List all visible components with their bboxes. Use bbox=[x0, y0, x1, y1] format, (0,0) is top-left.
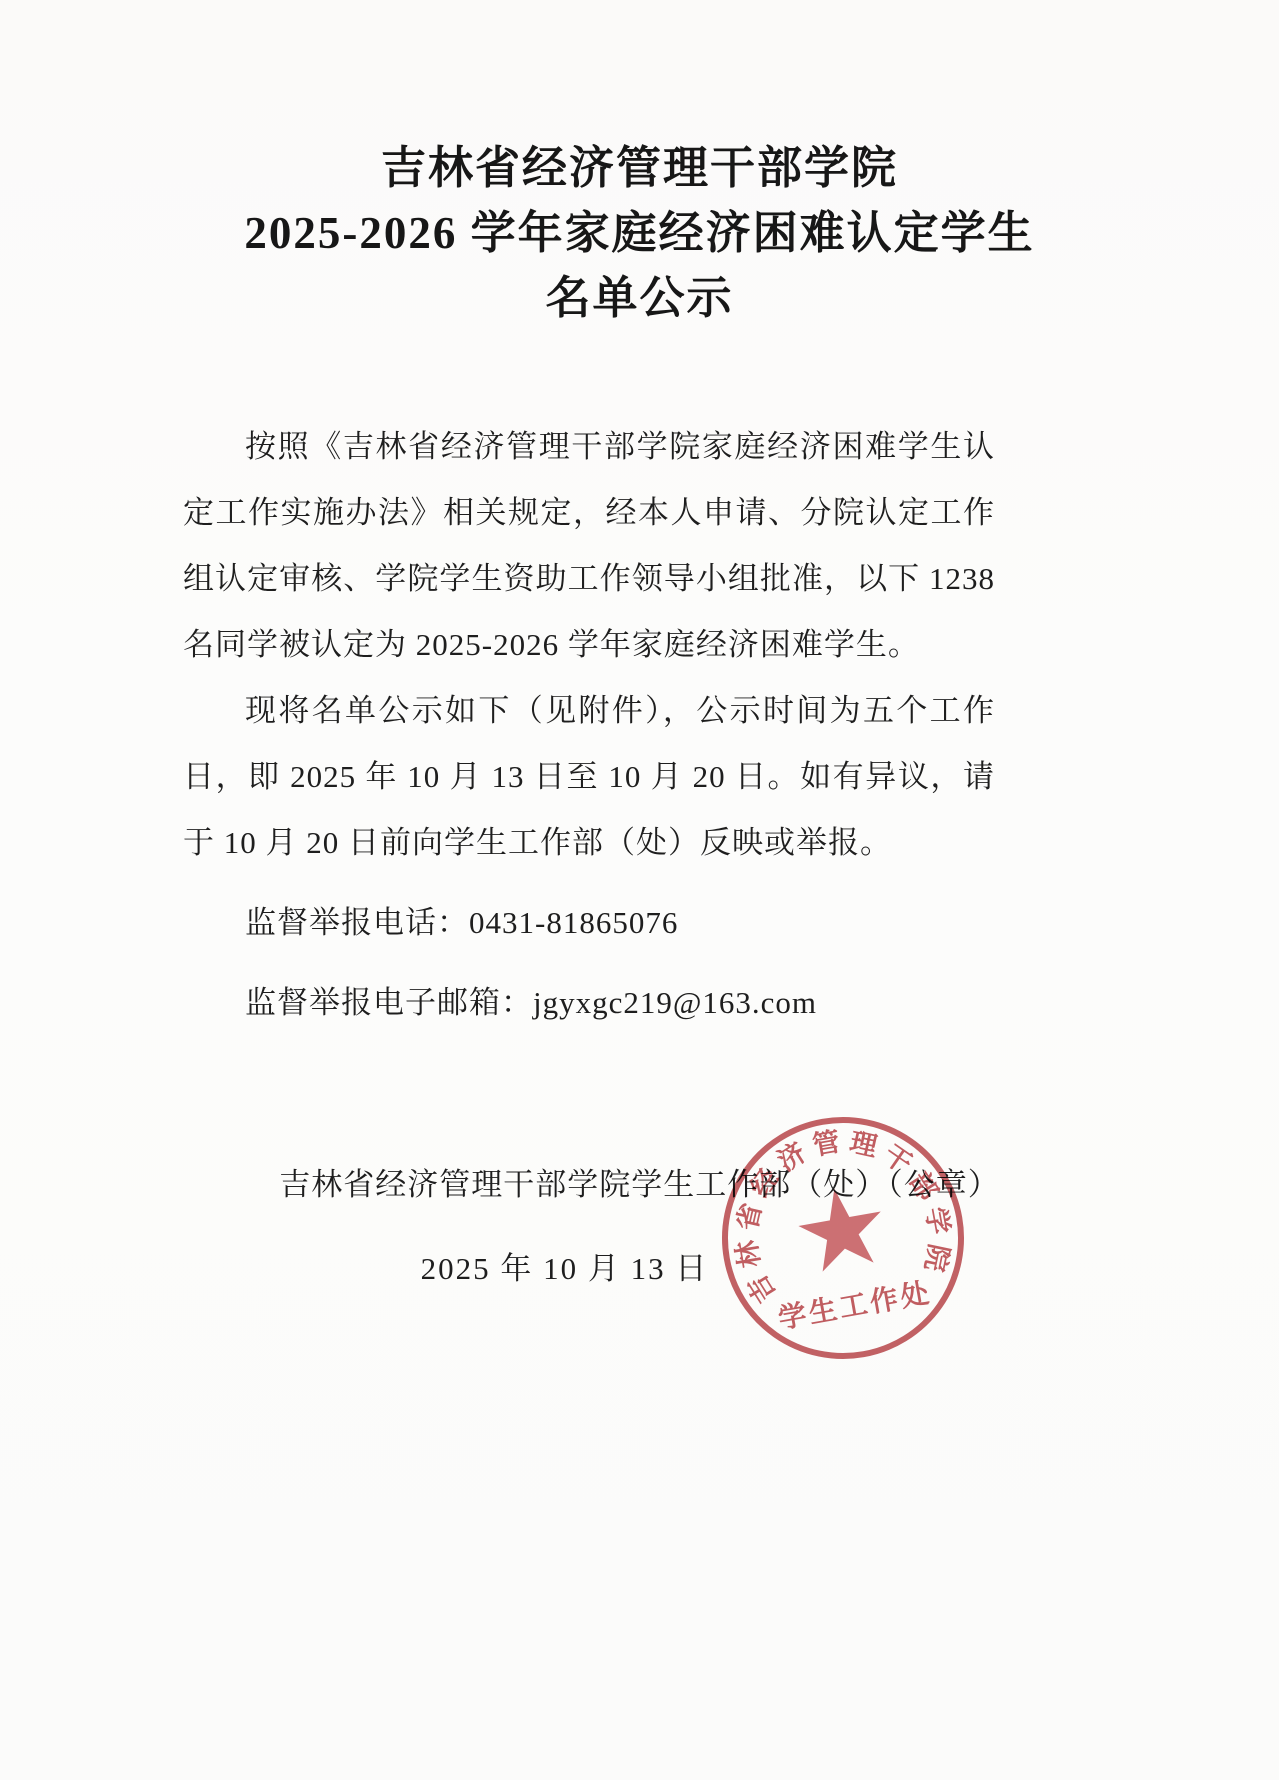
paragraph-publicity-period: 现将名单公示如下（见附件），公示时间为五个工作日，即 2025 年 10 月 1… bbox=[183, 678, 995, 876]
stamp-arc-char: 部 bbox=[904, 1167, 944, 1206]
stamp-arc-char: 管 bbox=[810, 1126, 842, 1161]
stamp-arc-char: 林 bbox=[731, 1237, 765, 1270]
report-phone-line: 监督举报电话：0431-81865076 bbox=[183, 890, 995, 956]
issuing-department: 吉林省经济管理干部学院学生工作部（处）（公章） bbox=[0, 1163, 1279, 1207]
title-line-subject: 2025-2026 学年家庭经济困难认定学生 bbox=[0, 201, 1279, 266]
stamp-arc-char: 理 bbox=[847, 1127, 880, 1162]
report-email-line: 监督举报电子邮箱：jgyxgc219@163.com bbox=[183, 970, 995, 1036]
stamp-arc-char: 省 bbox=[732, 1200, 767, 1233]
paragraph-basis: 按照《吉林省经济管理干部学院家庭经济困难学生认定工作实施办法》相关规定，经本人申… bbox=[183, 414, 995, 678]
notice-page: 吉林省经济管理干部学院 2025-2026 学年家庭经济困难认定学生 名单公示 … bbox=[0, 0, 1279, 1780]
stamp-arc-char: 吉 bbox=[742, 1269, 782, 1308]
signature-block: 吉林省经济管理干部学院学生工作部（处）（公章） 2025 年 10 月 13 日 bbox=[0, 1163, 1279, 1291]
stamp-arc-char: 学 bbox=[920, 1205, 954, 1237]
official-seal-stamp: 吉林省经济管理干部学院 学生工作处 bbox=[681, 1076, 1005, 1400]
stamp-arc-char: 院 bbox=[919, 1242, 954, 1275]
stamp-bottom-text: 学生工作处 bbox=[776, 1277, 934, 1335]
title-line-publicity: 名单公示 bbox=[0, 266, 1279, 331]
title-line-college: 吉林省经济管理干部学院 bbox=[0, 136, 1279, 201]
stamp-star-icon bbox=[793, 1182, 889, 1275]
document-body: 按照《吉林省经济管理干部学院家庭经济困难学生认定工作实施办法》相关规定，经本人申… bbox=[183, 414, 995, 1036]
document-title: 吉林省经济管理干部学院 2025-2026 学年家庭经济困难认定学生 名单公示 bbox=[0, 136, 1279, 331]
